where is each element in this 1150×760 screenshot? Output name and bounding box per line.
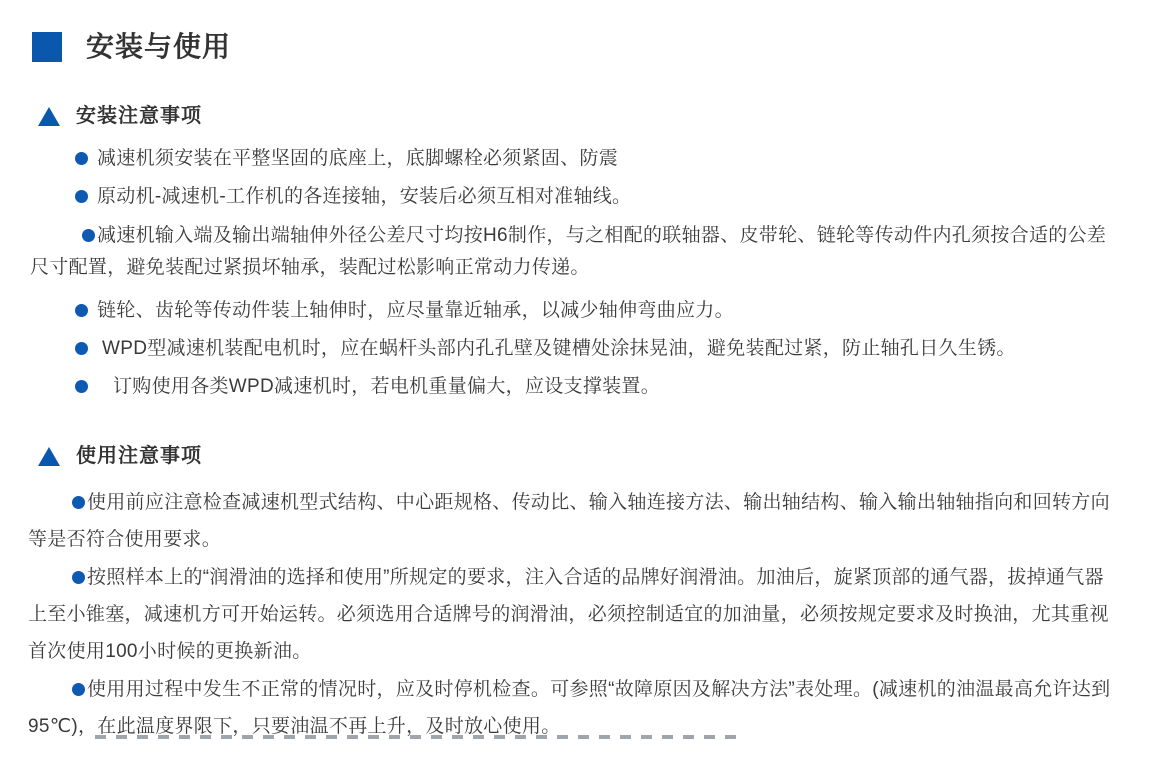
usage-items: 使用前应注意检查减速机型式结构、中心距规格、传动比、输入轴连接方法、输出轴结构、… bbox=[0, 484, 1150, 745]
list-item: 原动机-减速机-工作机的各连接轴，安装后必须互相对准轴线。 bbox=[0, 182, 1150, 212]
list-item: 使用用过程中发生不正常的情况时，应及时停机检查。可参照“故障原因及解决方法”表处… bbox=[0, 671, 1150, 745]
list-item-text: 减速机输入端及输出端轴伸外径公差尺寸均按H6制作，与之相配的联轴器、皮带轮、链轮… bbox=[30, 225, 1106, 278]
blue-dot-icon bbox=[75, 342, 88, 355]
list-item: 减速机输入端及输出端轴伸外径公差尺寸均按H6制作，与之相配的联轴器、皮带轮、链轮… bbox=[0, 220, 1150, 284]
section-installation-heading: 安装注意事项 bbox=[76, 104, 202, 128]
blue-square-icon bbox=[32, 32, 62, 62]
list-item: 订购使用各类WPD减速机时，若电机重量偏大，应设支撑装置。 bbox=[0, 372, 1150, 402]
document-page: 安装与使用 安装注意事项 减速机须安装在平整坚固的底座上，底脚螺栓必须紧固、防震… bbox=[0, 0, 1150, 760]
blue-triangle-icon bbox=[38, 447, 60, 466]
blue-triangle-icon bbox=[38, 107, 60, 126]
blue-dot-icon bbox=[75, 304, 88, 317]
page-title-row: 安装与使用 bbox=[32, 30, 231, 64]
list-item-text: 使用前应注意检查减速机型式结构、中心距规格、传动比、输入轴连接方法、输出轴结构、… bbox=[28, 492, 1110, 550]
blue-dot-icon bbox=[75, 152, 88, 165]
list-item-text: 减速机须安装在平整坚固的底座上，底脚螺栓必须紧固、防震 bbox=[97, 148, 618, 169]
section-usage-header: 使用注意事项 bbox=[0, 444, 1150, 468]
page-title: 安装与使用 bbox=[86, 30, 231, 64]
section-usage: 使用注意事项 使用前应注意检查减速机型式结构、中心距规格、传动比、输入轴连接方法… bbox=[0, 444, 1150, 745]
list-item-text: 原动机-减速机-工作机的各连接轴，安装后必须互相对准轴线。 bbox=[97, 186, 631, 207]
blue-dot-icon bbox=[75, 190, 88, 203]
list-item: 链轮、齿轮等传动件装上轴伸时，应尽量靠近轴承，以减少轴伸弯曲应力。 bbox=[0, 296, 1150, 326]
blue-dot-icon bbox=[72, 496, 85, 509]
section-installation-header: 安装注意事项 bbox=[0, 104, 1150, 128]
list-item-text: WPD型减速机装配电机时，应在蜗杆头部内孔孔壁及键槽处涂抹晃油，避免装配过紧，防… bbox=[102, 338, 1016, 359]
list-item: 减速机须安装在平整坚固的底座上，底脚螺栓必须紧固、防震 bbox=[0, 144, 1150, 174]
blue-dot-icon bbox=[72, 683, 85, 696]
list-item: 按照样本上的“润滑油的选择和使用”所规定的要求，注入合适的品牌好润滑油。加油后，… bbox=[0, 559, 1150, 670]
section-installation: 安装注意事项 减速机须安装在平整坚固的底座上，底脚螺栓必须紧固、防震 原动机-减… bbox=[0, 104, 1150, 402]
cropped-next-line-fragment bbox=[95, 735, 745, 739]
section-usage-heading: 使用注意事项 bbox=[76, 444, 202, 468]
list-item: 使用前应注意检查减速机型式结构、中心距规格、传动比、输入轴连接方法、输出轴结构、… bbox=[0, 484, 1150, 558]
list-item-text: 按照样本上的“润滑油的选择和使用”所规定的要求，注入合适的品牌好润滑油。加油后，… bbox=[28, 567, 1109, 662]
list-item-text: 使用用过程中发生不正常的情况时，应及时停机检查。可参照“故障原因及解决方法”表处… bbox=[28, 679, 1110, 737]
blue-dot-icon bbox=[82, 229, 95, 242]
installation-items: 减速机须安装在平整坚固的底座上，底脚螺栓必须紧固、防震 原动机-减速机-工作机的… bbox=[0, 144, 1150, 402]
list-item-text: 链轮、齿轮等传动件装上轴伸时，应尽量靠近轴承，以减少轴伸弯曲应力。 bbox=[97, 300, 734, 321]
list-item: WPD型减速机装配电机时，应在蜗杆头部内孔孔壁及键槽处涂抹晃油，避免装配过紧，防… bbox=[0, 334, 1150, 364]
list-item-text: 订购使用各类WPD减速机时，若电机重量偏大，应设支撑装置。 bbox=[113, 376, 660, 397]
blue-dot-icon bbox=[75, 380, 88, 393]
blue-dot-icon bbox=[72, 571, 85, 584]
